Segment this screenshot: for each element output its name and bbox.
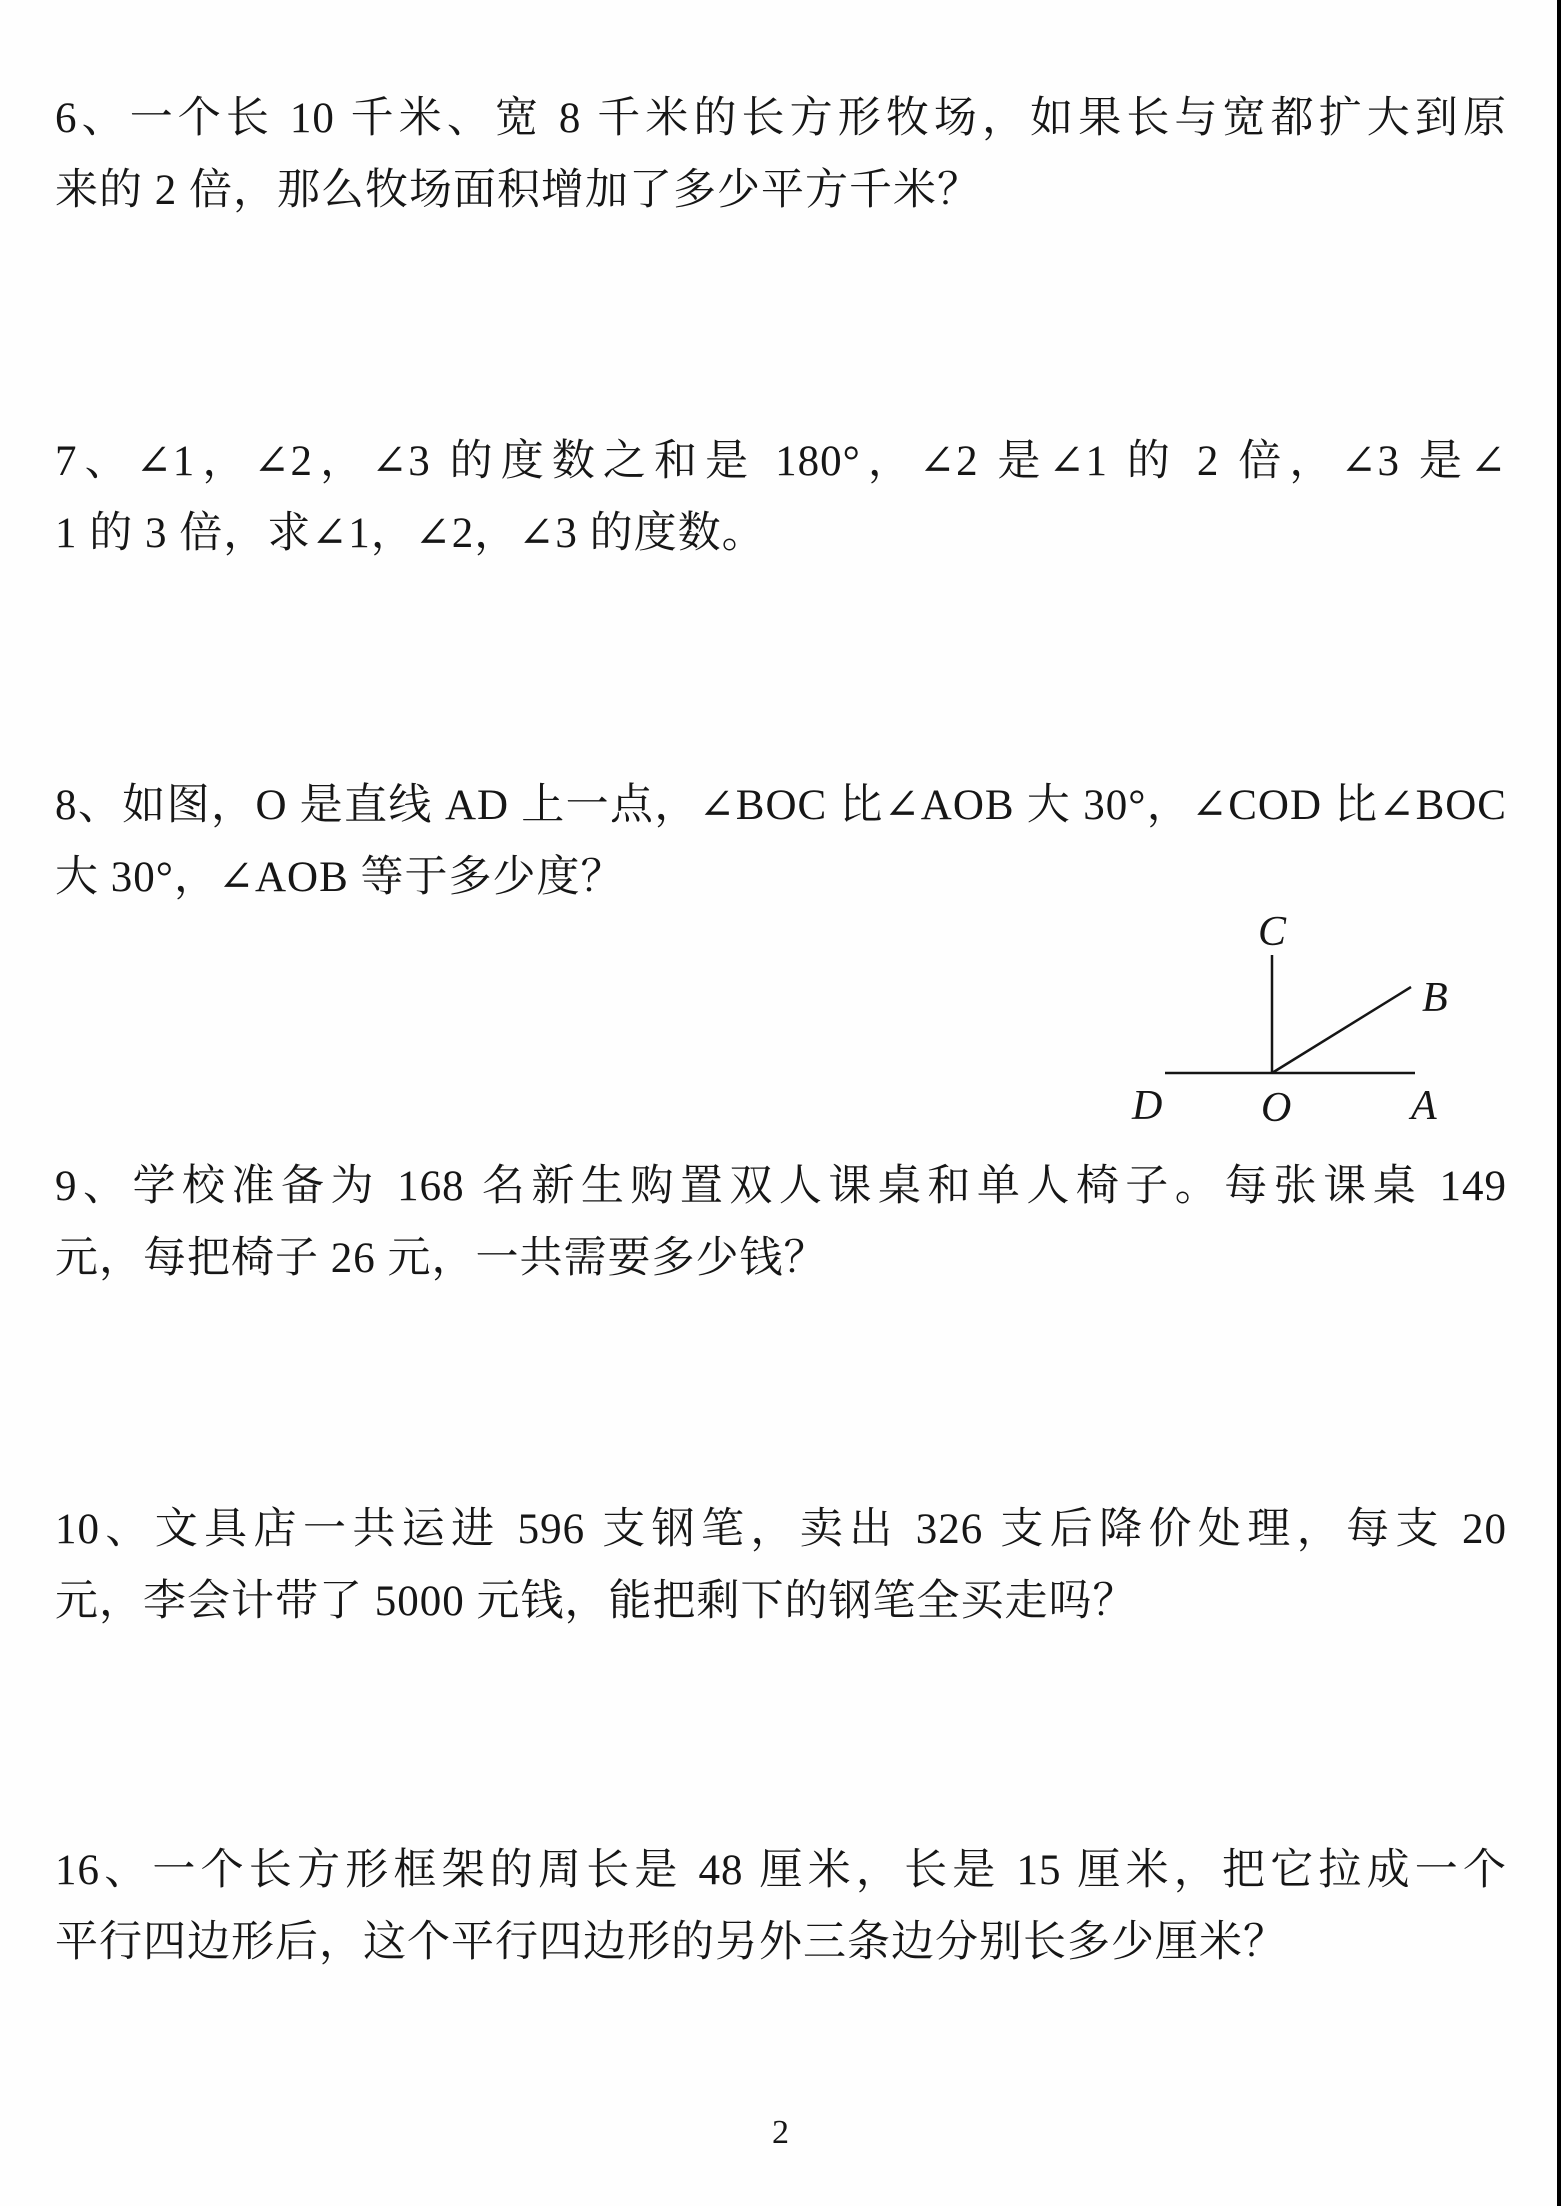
- label-O: O: [1261, 1085, 1291, 1131]
- problem-16-line-2: 平行四边形后，这个平行四边形的另外三条边分别长多少厘米？: [55, 1907, 1507, 1979]
- problem-6-line-1: 6、一个长 10 千米、宽 8 千米的长方形牧场，如果长与宽都扩大到原: [55, 83, 1507, 155]
- problem-7-line-2: 1 的 3 倍，求∠1，∠2，∠3 的度数。: [55, 498, 1507, 570]
- problem-8-line-1: 8、如图，O 是直线 AD 上一点，∠BOC 比∠AOB 大 30°，∠COD …: [55, 770, 1507, 842]
- label-D: D: [1131, 1083, 1162, 1129]
- page-number: 2: [0, 2114, 1561, 2152]
- problem-7-line-1: 7、∠1，∠2，∠3 的度数之和是 180°，∠2 是∠1 的 2 倍，∠3 是…: [55, 426, 1507, 498]
- problem-10-line-1: 10、文具店一共运进 596 支钢笔，卖出 326 支后降价处理，每支 20: [55, 1494, 1507, 1566]
- problem-9: 9、学校准备为 168 名新生购置双人课桌和单人椅子。每张课桌 149 元，每把…: [55, 1151, 1507, 1295]
- problem-10-line-2: 元，李会计带了 5000 元钱，能把剩下的钢笔全买走吗？: [55, 1566, 1507, 1638]
- label-A: A: [1408, 1083, 1437, 1129]
- angle-diagram-svg: C B D O A: [1130, 893, 1475, 1133]
- problem-9-line-1: 9、学校准备为 168 名新生购置双人课桌和单人椅子。每张课桌 149: [55, 1151, 1507, 1223]
- ray-OB: [1272, 987, 1411, 1073]
- angle-diagram: C B D O A: [1130, 893, 1475, 1133]
- label-C: C: [1258, 909, 1287, 955]
- problem-9-line-2: 元，每把椅子 26 元，一共需要多少钱？: [55, 1223, 1507, 1295]
- problem-6: 6、一个长 10 千米、宽 8 千米的长方形牧场，如果长与宽都扩大到原 来的 2…: [55, 83, 1507, 227]
- problem-7: 7、∠1，∠2，∠3 的度数之和是 180°，∠2 是∠1 的 2 倍，∠3 是…: [55, 426, 1507, 570]
- worksheet-page: 6、一个长 10 千米、宽 8 千米的长方形牧场，如果长与宽都扩大到原 来的 2…: [0, 0, 1561, 2206]
- label-B: B: [1422, 975, 1448, 1021]
- problem-16: 16、一个长方形框架的周长是 48 厘米，长是 15 厘米，把它拉成一个 平行四…: [55, 1835, 1507, 1979]
- problem-16-line-1: 16、一个长方形框架的周长是 48 厘米，长是 15 厘米，把它拉成一个: [55, 1835, 1507, 1907]
- problem-10: 10、文具店一共运进 596 支钢笔，卖出 326 支后降价处理，每支 20 元…: [55, 1494, 1507, 1638]
- problem-6-line-2: 来的 2 倍，那么牧场面积增加了多少平方千米？: [55, 155, 1507, 227]
- scan-edge-strip: [1557, 0, 1561, 2206]
